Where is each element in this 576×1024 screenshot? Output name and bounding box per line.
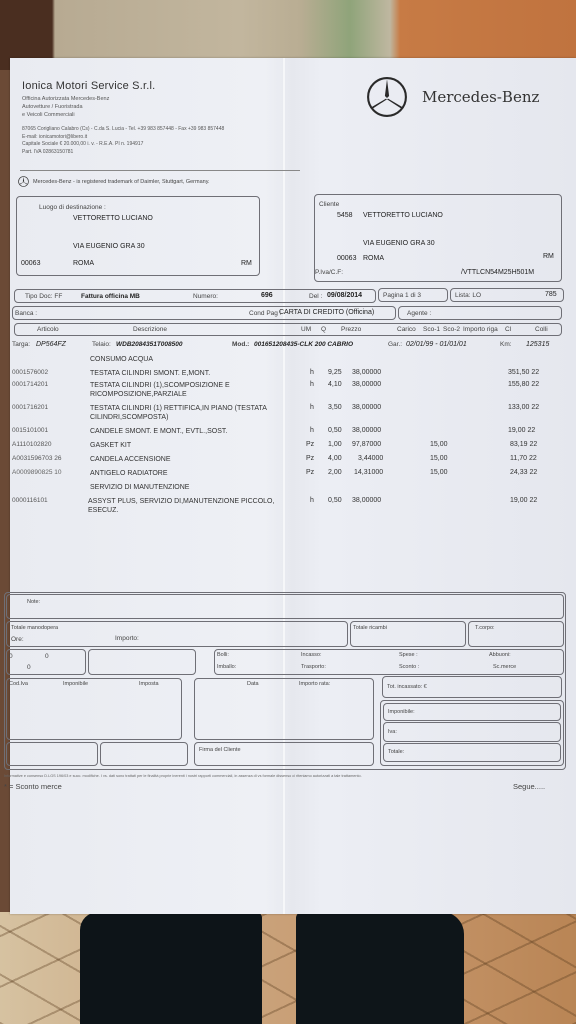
client-zip: 00063 bbox=[337, 255, 356, 262]
brand-name: Mercedes-Benz bbox=[422, 88, 539, 106]
col-cl: Cl bbox=[505, 326, 511, 333]
divider bbox=[20, 170, 300, 171]
col-load: Carico bbox=[397, 326, 416, 333]
destination-province: RM bbox=[241, 260, 252, 267]
vehicle-warranty: 02/01/99 - 01/01/01 bbox=[406, 341, 467, 348]
client-city: ROMA bbox=[363, 255, 384, 262]
client-label: Cliente bbox=[319, 201, 339, 208]
destination-label: Luogo di destinazione : bbox=[39, 204, 106, 211]
taxable-box: Imponibile: bbox=[383, 703, 561, 721]
client-name: VETTORETTO LUCIANO bbox=[363, 212, 443, 219]
company-address: 87065 Corigliano Calabro (Cs) - C.da S. … bbox=[22, 126, 224, 134]
signature-box: Firma del Cliente bbox=[194, 742, 374, 766]
notes-label: Note: bbox=[27, 599, 40, 605]
company-name: Ionica Motori Service S.r.l. bbox=[22, 80, 224, 92]
col-price: Prezzo bbox=[341, 326, 361, 333]
list-value: 785 bbox=[545, 291, 557, 298]
client-vat-label: P.Iva/C.F: bbox=[315, 269, 343, 276]
company-capital: Capitale Sociale € 20.000,00 i. v. - R.E… bbox=[22, 141, 224, 149]
discount-legend: * = Sconto merce bbox=[4, 782, 62, 791]
list-box: Lista: LO 785 bbox=[450, 288, 564, 302]
col-disc2: Sco-2 bbox=[443, 326, 460, 333]
destination-city: ROMA bbox=[73, 260, 94, 267]
doc-type-label: Tipo Doc: FF bbox=[25, 293, 62, 300]
col-amount: Importo riga bbox=[463, 326, 498, 333]
destination-name: VETTORETTO LUCIANO bbox=[73, 215, 153, 222]
tcorpo-box: T.corpo: bbox=[468, 621, 564, 647]
counters-box: 0 0 0 bbox=[6, 649, 86, 675]
parts-total-box: Totale ricambi bbox=[350, 621, 466, 647]
trademark-line: Mercedes-Benz - is registered trademark … bbox=[18, 176, 210, 187]
vat-breakdown-box: Cod.Iva Imponibile Imposta bbox=[6, 678, 182, 740]
blank-box bbox=[88, 649, 196, 675]
doc-date-value: 09/08/2014 bbox=[327, 292, 362, 299]
doc-date-label: Del : bbox=[309, 293, 322, 300]
bank-label: Banca : bbox=[15, 310, 37, 317]
total-box: Totale: bbox=[383, 743, 561, 762]
client-vat-value: /VTTLCN54M25H501M bbox=[461, 269, 534, 276]
company-description: Officina Autorizzata Mercedes-Benz Autov… bbox=[22, 95, 224, 119]
agent-label: Agente : bbox=[407, 310, 431, 317]
company-email: E-mail: ionicamotori@libero.it bbox=[22, 134, 224, 142]
list-label: Lista: LO bbox=[455, 292, 481, 299]
paper-fold bbox=[283, 58, 285, 914]
col-q: Q bbox=[321, 326, 326, 333]
doc-number-value: 696 bbox=[261, 292, 273, 299]
person-leg-left bbox=[80, 912, 262, 1024]
payment-label: Cond Pag : bbox=[249, 310, 282, 317]
blank-box-mid bbox=[100, 742, 188, 766]
person-leg-right bbox=[296, 912, 464, 1024]
agent-box: Agente : bbox=[398, 306, 562, 320]
installments-box: Data Importo rata: bbox=[194, 678, 374, 740]
total-collected-box: Tot. incassato: € bbox=[382, 676, 562, 698]
brand-logo: Mercedes-Benz bbox=[366, 76, 539, 118]
doc-info-box: Tipo Doc: FF Fattura officina MB Numero:… bbox=[14, 289, 376, 303]
payment-box: Banca : Cond Pag : CARTA DI CREDITO (Off… bbox=[12, 306, 396, 320]
table-header: Articolo Descrizione UM Q Prezzo Carico … bbox=[14, 323, 562, 336]
doc-number-label: Numero: bbox=[193, 293, 218, 300]
blank-box-left bbox=[6, 742, 98, 766]
destination-zip: 00063 bbox=[21, 260, 40, 267]
client-code: 5458 bbox=[337, 212, 353, 219]
client-box: Cliente 5458 VETTORETTO LUCIANO VIA EUGE… bbox=[314, 194, 562, 282]
vehicle-chassis: WDB2084351T008500 bbox=[116, 341, 183, 348]
client-province: RM bbox=[543, 253, 554, 260]
col-disc1: Sco-1 bbox=[423, 326, 440, 333]
continues-label: Segue..... bbox=[513, 782, 545, 791]
company-header: Ionica Motori Service S.r.l. Officina Au… bbox=[22, 80, 224, 156]
col-packages: Colli bbox=[535, 326, 548, 333]
payment-value: CARTA DI CREDITO (Officina) bbox=[279, 309, 374, 316]
labor-total-box: Totale manodopera Ore: Importo: bbox=[6, 621, 348, 647]
notes-box: Note: bbox=[6, 594, 564, 619]
invoice-document: Ionica Motori Service S.r.l. Officina Au… bbox=[10, 58, 576, 914]
destination-box: Luogo di destinazione : VETTORETTO LUCIA… bbox=[16, 196, 260, 276]
client-street: VIA EUGENIO GRA 30 bbox=[363, 240, 435, 247]
mercedes-star-icon bbox=[18, 176, 29, 187]
company-contacts: 87065 Corigliano Calabro (Cs) - C.da S. … bbox=[22, 126, 224, 156]
doc-type-value: Fattura officina MB bbox=[81, 293, 140, 300]
three-pointed-star-icon bbox=[366, 76, 408, 118]
vat-box: Iva: bbox=[383, 722, 561, 742]
page-indicator: Pagina 1 di 3 bbox=[383, 292, 421, 299]
col-article: Articolo bbox=[37, 326, 59, 333]
vehicle-km: 125315 bbox=[526, 341, 549, 348]
col-description: Descrizione bbox=[133, 326, 167, 333]
vehicle-plate: DP564FZ bbox=[36, 341, 66, 348]
page-box: Pagina 1 di 3 bbox=[378, 288, 448, 302]
privacy-notice: Informative e consenso D.LGS 196/03 e su… bbox=[4, 774, 362, 778]
vehicle-model: 001651208435-CLK 200 CABRIO bbox=[254, 341, 353, 348]
charges-box: Bolli: Incasso: Spese : Abbuoni: Imballo… bbox=[214, 649, 564, 675]
destination-street: VIA EUGENIO GRA 30 bbox=[73, 243, 145, 250]
col-um: UM bbox=[301, 326, 311, 333]
company-vat: Part. IVA 02863150781 bbox=[22, 149, 224, 157]
